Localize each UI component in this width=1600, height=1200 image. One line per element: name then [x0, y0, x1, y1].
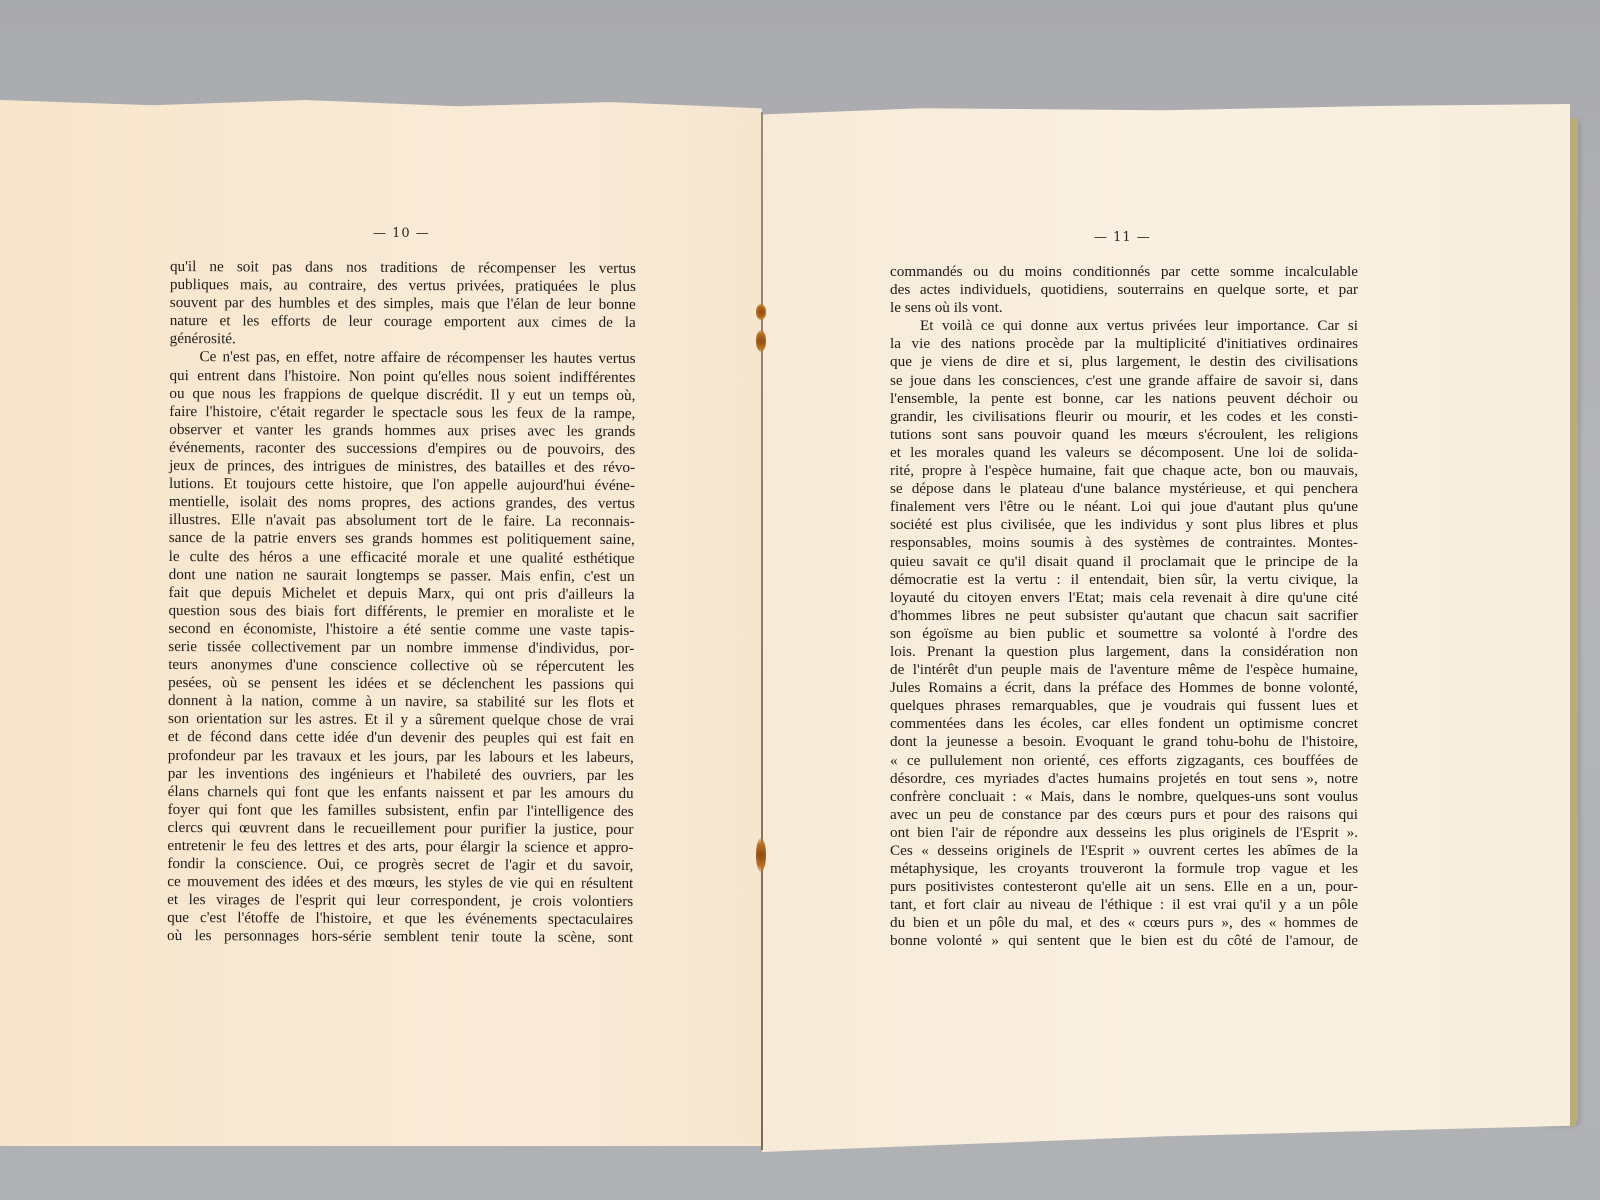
text-line: loyauté du citoyen envers l'Etat; mais c…: [890, 589, 1358, 607]
text-line: ou que nous les frappions de quelque dis…: [169, 385, 635, 405]
text-line: confrère concluait : « Mais, dans le nom…: [890, 788, 1358, 806]
text-line: publiques mais, au contraire, des vertus…: [170, 276, 636, 296]
text-line: fondir la conscience. Oui, ce progrès se…: [167, 855, 633, 875]
text-line: société est plus civilisée, que les indi…: [890, 516, 1358, 534]
text-line: se dépose dans le plateau d'une balance …: [890, 480, 1358, 498]
text-line: profondeur par les travaux et les jours,…: [168, 747, 634, 767]
text-line: grandir, les civilisations fleurir ou mo…: [890, 408, 1358, 426]
text-line: quelques phrases remarquables, que je vo…: [890, 697, 1358, 715]
text-line: foyer qui font que les familles subsiste…: [168, 801, 634, 821]
text-line: Jules Romains a écrit, dans la préface d…: [890, 679, 1358, 697]
text-line: des actes individuels, quotidiens, soute…: [890, 281, 1358, 299]
text-line: qu'il ne soit pas dans nos traditions de…: [170, 258, 636, 278]
text-line: événements, raconter des successions d'e…: [169, 439, 635, 459]
text-line: teurs anonymes d'une conscience collecti…: [168, 656, 634, 676]
text-line: et de fécond dans cette idée d'un deveni…: [168, 728, 634, 748]
text-line: métaphysique, les croyants trouveront la…: [890, 860, 1358, 878]
text-line: dont la jeunesse a besoin. Evoquant le g…: [890, 733, 1358, 751]
text-line: de l'intérêt d'un peuple mais de l'avent…: [890, 661, 1358, 679]
text-line: lutions. Et toujours cette histoire, que…: [169, 475, 635, 495]
text-line: observer et vanter les grands hommes aux…: [169, 421, 635, 441]
text-line: mentielle, isolait des noms propres, des…: [169, 493, 635, 513]
text-line: pesées, où se pensent les idées et se dé…: [168, 674, 634, 694]
text-line: Ce n'est pas, en effet, notre affaire de…: [170, 348, 636, 368]
text-line: finalement vers l'être ou le néant. Loi …: [890, 498, 1358, 516]
text-line: son orientation sur les astres. Et il y …: [168, 710, 634, 730]
text-line: jeux de princes, des intrigues de minist…: [169, 457, 635, 477]
text-line: le sens où ils vont.: [890, 299, 1358, 317]
text-line: et les morales quand les valeurs se déco…: [890, 444, 1358, 462]
right-page-body: commandés ou du moins conditionnés par c…: [890, 263, 1358, 951]
foxing-stain: [756, 838, 766, 872]
text-line: dont une nation ne saurait longtemps se …: [169, 566, 635, 586]
text-line: que c'est l'étoffe de l'histoire, et que…: [167, 909, 633, 929]
text-line: entretenir le feu des lettres et des art…: [167, 837, 633, 857]
text-line: clercs qui œuvrent dans le recueillement…: [167, 819, 633, 839]
text-line: rité, propre à l'espèce humaine, fait qu…: [890, 462, 1358, 480]
text-line: tutions sont sans pouvoir quand les mœur…: [890, 426, 1358, 444]
text-line: ont bien l'air de répondre aux desseins …: [890, 824, 1358, 842]
text-line: serie tissée collectivement par un nombr…: [168, 638, 634, 658]
text-line: commentées dans les écoles, car elles fo…: [890, 715, 1358, 733]
text-line: lois. Prenant la question plus largement…: [890, 643, 1358, 661]
text-line: se joue dans les consciences, c'est une …: [890, 372, 1358, 390]
text-line: responsables, moins soumis à des système…: [890, 534, 1358, 552]
text-line: sance de la patrie envers ses grands hom…: [169, 529, 635, 549]
foxing-stain: [756, 304, 766, 320]
book-gutter: [761, 112, 763, 1150]
text-line: purs positivistes contesteront qu'elle a…: [890, 878, 1358, 896]
foxing-stain: [756, 330, 766, 352]
text-line: la vie des nations procède par la multip…: [890, 335, 1358, 353]
text-line: du bien et un pôle du mal, et des « cœur…: [890, 914, 1358, 932]
text-line: le culte des héros a une efficacité mora…: [169, 547, 635, 567]
text-line: « ce pullulement non orienté, ces effort…: [890, 752, 1358, 770]
text-line: souvent par des humbles et des simples, …: [170, 294, 636, 314]
text-line: désordre, ces myriades d'actes humains p…: [890, 770, 1358, 788]
text-line: bonne volonté » qui sentent que le bien …: [890, 932, 1358, 950]
text-line: commandés ou du moins conditionnés par c…: [890, 263, 1358, 281]
text-line: second en économiste, l'histoire a été s…: [168, 620, 634, 640]
text-line: par les inventions des ingénieurs et l'h…: [168, 765, 634, 785]
text-line: et les virages de l'esprit qui leur corr…: [167, 891, 633, 911]
left-page-body: qu'il ne soit pas dans nos traditions de…: [167, 258, 636, 948]
text-line: illustres. Elle n'avait pas absolument t…: [169, 511, 635, 531]
text-line: question sous des biais fort différents,…: [168, 602, 634, 622]
text-line: nature et les efforts de leur courage em…: [170, 312, 636, 332]
text-line: ce mouvement des idées et des mœurs, les…: [167, 873, 633, 893]
page-number-right: — 11 —: [1094, 230, 1151, 245]
text-line: son égoïsme au bien public et soumettre …: [890, 625, 1358, 643]
text-line: faire l'histoire, c'était regarder le sp…: [169, 403, 635, 423]
text-line: générosité.: [170, 330, 636, 350]
text-line: élans charnels qui font que les enfants …: [168, 783, 634, 803]
page-number-left: — 10 —: [373, 226, 430, 241]
text-line: quieu savait ce qu'il disait quand il pr…: [890, 553, 1358, 571]
text-line: qui entrent dans l'histoire. Non point q…: [169, 367, 635, 387]
text-line: fait que depuis Michelet et depuis Marx,…: [168, 584, 634, 604]
text-line: avec un peu de constance par des cœurs p…: [890, 806, 1358, 824]
text-line: donnent à la nation, comme à un navire, …: [168, 692, 634, 712]
text-line: où les personnages hors-série semblent t…: [167, 927, 633, 947]
text-line: Et voilà ce qui donne aux vertus privées…: [890, 317, 1358, 335]
text-line: que je viens de dire et si, plus largeme…: [890, 353, 1358, 371]
text-line: démocratie est la vertu : il entendait, …: [890, 571, 1358, 589]
text-line: tant, et fort clair au niveau de l'éthiq…: [890, 896, 1358, 914]
text-line: d'hommes libres ne peut subsister qu'aut…: [890, 607, 1358, 625]
text-line: Ces « desseins originels de l'Esprit » o…: [890, 842, 1358, 860]
text-line: l'ensemble, la pente est bonne, car les …: [890, 390, 1358, 408]
